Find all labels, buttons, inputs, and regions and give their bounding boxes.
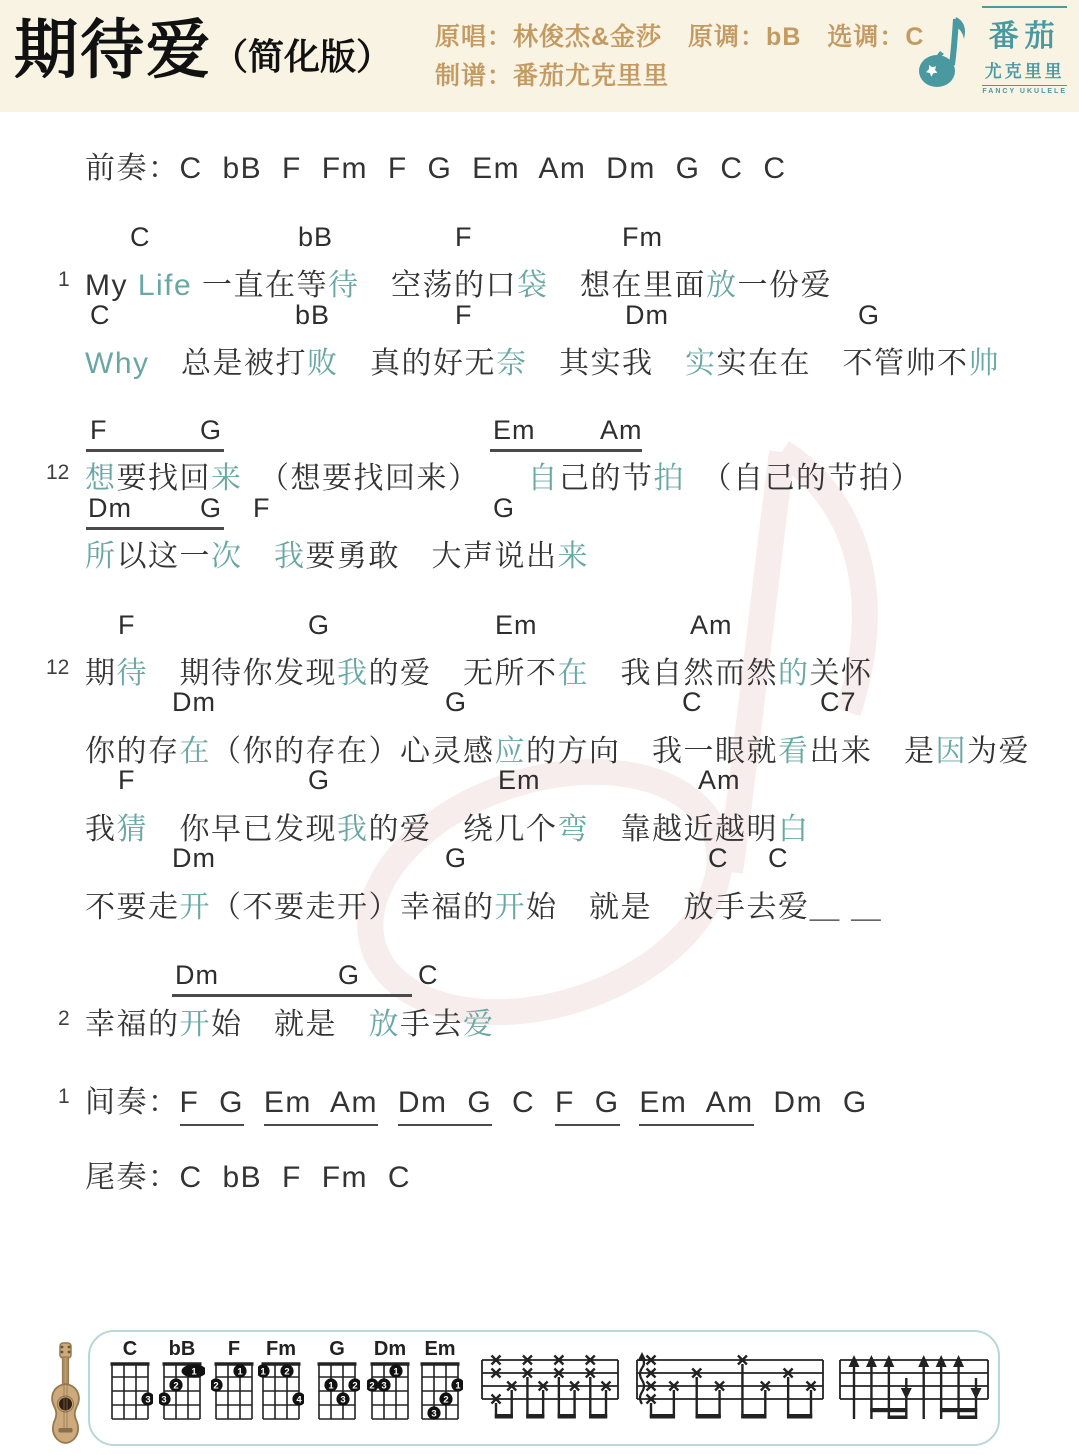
chord-symbol: G [338, 960, 360, 991]
svg-text:1: 1 [455, 1380, 461, 1391]
chord-underline [86, 449, 224, 452]
text-segment: 总是被打 [150, 347, 308, 380]
lyric-line-1: My Life 一直在等待 空荡的口袋 想在里面放一份爱 [85, 260, 832, 304]
text-segment: 期 [85, 657, 117, 690]
text-segment [620, 1086, 640, 1119]
lyric-line-6: 你的存在（你的存在）心灵感应的方向 我一眼就看出来 是因为爱 [85, 726, 1030, 770]
text-segment: 你早已发现 [148, 813, 337, 846]
chord-symbol: G [858, 300, 880, 331]
text-segment: 出来 是 [810, 735, 936, 768]
chord-underline [172, 994, 412, 997]
chord-symbol: G [308, 610, 330, 641]
chord-symbol: C [130, 222, 151, 253]
highlight-text: 我 [274, 540, 306, 573]
verse-number: 1 [58, 1085, 70, 1109]
svg-text:3: 3 [161, 1394, 166, 1405]
chord-grid: 123 [417, 1360, 463, 1424]
chord-symbol: Dm [175, 960, 219, 991]
highlight-text: 想 [85, 462, 117, 495]
text-segment: 始 就是 放手去爱＿ ＿ [526, 891, 882, 924]
chord-symbol: F [118, 765, 136, 796]
chord-diagram-label: Em [417, 1338, 463, 1360]
text-segment: 靠越近越明 [589, 813, 778, 846]
chord-diagram-Em: Em123 [417, 1338, 463, 1429]
chord-diagram-C: C3 [107, 1338, 153, 1429]
chord-grid: 123 [367, 1360, 413, 1424]
interlude-line: 间奏：F G Em Am Dm G C F G Em Am Dm G [85, 1077, 868, 1121]
highlight-text: 待 [328, 269, 360, 302]
highlight-text: 袋 [517, 269, 549, 302]
strum-pattern-svg [838, 1352, 990, 1430]
chord-symbol: C7 [820, 687, 857, 718]
chord-symbol: G [493, 493, 515, 524]
chord-symbol: Dm [172, 843, 216, 874]
text-segment: F G [555, 1086, 620, 1126]
highlight-text: 开 [180, 1008, 212, 1041]
chords-panel: C3bB123F12Fm124G123Dm123Em123 [0, 1322, 1079, 1455]
chord-symbol: bB [295, 300, 330, 331]
highlight-text: 放 [706, 269, 738, 302]
highlight-text: 开 [495, 891, 527, 924]
sheet-body: 前奏：C bB F Fm F G Em Am Dm G C CCbBFFm1My… [0, 112, 1079, 1322]
text-segment: 幸福的 [85, 1008, 180, 1041]
outro-line: 尾奏：C bB F Fm C [85, 1152, 411, 1196]
chord-symbol: F [90, 415, 108, 446]
chord-underline [490, 449, 642, 452]
text-segment: 手去 [400, 1008, 463, 1041]
svg-text:1: 1 [260, 1366, 266, 1377]
chord-grid: 124 [258, 1360, 304, 1424]
verse-number: 2 [58, 1007, 70, 1031]
chord-diagram-label: bB [159, 1338, 205, 1360]
text-segment: 空荡的口 [360, 269, 518, 302]
chord-sheet-page: 期待爱 （简化版） 原唱：林俊杰&金莎 原调：bB 选调：C 制谱：番茄尤克里里… [0, 0, 1079, 1455]
text-segment: 不要走 [85, 891, 180, 924]
picking-pattern-2-svg [635, 1352, 825, 1430]
highlight-text: Life [138, 269, 192, 302]
chord-diagram-F: F12 [211, 1338, 257, 1429]
lyric-line-5: 期待 期待你发现我的爱 无所不在 我自然而然的关怀 [85, 648, 873, 692]
chord-diagram-label: G [314, 1338, 360, 1360]
highlight-text: 弯 [558, 813, 590, 846]
highlight-text: 实 [685, 347, 717, 380]
svg-text:4: 4 [296, 1394, 302, 1405]
chord-grid: 123 [159, 1360, 205, 1424]
chord-symbol: Em [495, 610, 538, 641]
chord-symbol: Em [493, 415, 536, 446]
highlight-text: 的 [778, 657, 810, 690]
text-segment: （你的存在）心灵感 [211, 735, 495, 768]
chord-symbol: Em [498, 765, 541, 796]
chord-grid: 3 [107, 1360, 153, 1424]
text-segment: 前奏： [85, 152, 180, 185]
svg-text:3: 3 [145, 1394, 150, 1405]
chord-symbol: C [708, 843, 729, 874]
chord-symbol: G [200, 415, 222, 446]
text-segment: 一份爱 [738, 269, 833, 302]
chord-symbol: Am [698, 765, 741, 796]
svg-text:2: 2 [284, 1366, 289, 1377]
svg-text:3: 3 [431, 1408, 436, 1419]
highlight-text: 奈 [496, 347, 528, 380]
chord-symbol: G [200, 493, 222, 524]
text-segment: F G [180, 1086, 245, 1126]
text-segment: 己的节 [559, 462, 654, 495]
lyric-line-9: 幸福的开始 就是 放手去爱 [85, 999, 495, 1043]
text-segment: （不要走开）幸福的 [211, 891, 495, 924]
highlight-text: 放 [369, 1008, 401, 1041]
highlight-text: 次 [211, 540, 243, 573]
highlight-text: 在 [558, 657, 590, 690]
text-segment: Em Am [639, 1086, 753, 1126]
text-segment: 期待你发现 [148, 657, 337, 690]
ukulele-icon [44, 1342, 86, 1446]
chord-symbol: Dm [172, 687, 216, 718]
text-segment: 的爱 绕几个 [369, 813, 558, 846]
text-segment: Em Am [264, 1086, 378, 1126]
text-segment: My [85, 269, 138, 302]
lyric-line-3: 想要找回来 （想要找回来） 自己的节拍 （自己的节拍） [85, 453, 922, 497]
lyric-line-2: Why 总是被打败 真的好无奈 其实我 实实在在 不管帅不帅 [85, 338, 1000, 382]
text-segment: 我自然而然 [589, 657, 778, 690]
highlight-text: 白 [778, 813, 810, 846]
text-segment [244, 1086, 264, 1119]
text-segment: 始 就是 [211, 1008, 369, 1041]
chord-symbol: C [682, 687, 703, 718]
chord-diagram-label: Dm [367, 1338, 413, 1360]
picking-pattern-1-svg [480, 1352, 620, 1430]
text-segment: C [492, 1086, 555, 1119]
chords-box: C3bB123F12Fm124G123Dm123Em123 [88, 1330, 1000, 1446]
lyric-line-4: 所以这一次 我要勇敢 大声说出来 [85, 531, 589, 575]
svg-text:1: 1 [393, 1366, 399, 1377]
lyric-line-8: 不要走开（不要走开）幸福的开始 就是 放手去爱＿ ＿ [85, 882, 882, 926]
chord-symbol: F [118, 610, 136, 641]
highlight-text: 应 [495, 735, 527, 768]
chord-diagram-label: Fm [258, 1338, 304, 1360]
chord-symbol: F [253, 493, 271, 524]
chord-symbol: C [768, 843, 789, 874]
text-segment: 实在在 不管帅不 [717, 347, 969, 380]
text-segment: 为爱 [967, 735, 1030, 768]
chord-diagram-Fm: Fm124 [258, 1338, 304, 1429]
chord-symbol: F [455, 300, 473, 331]
lyric-line-7: 我猜 你早已发现我的爱 绕几个弯 靠越近越明白 [85, 804, 810, 848]
highlight-text: 拍 [654, 462, 686, 495]
intro-line: 前奏：C bB F Fm F G Em Am Dm G C C [85, 143, 787, 187]
text-segment: （自己的节拍） [685, 462, 922, 495]
chord-symbol: G [308, 765, 330, 796]
chord-symbol: Fm [622, 222, 663, 253]
text-segment: 想在里面 [549, 269, 707, 302]
text-segment: Dm G [398, 1086, 492, 1126]
verse-number: 1 [58, 268, 70, 292]
chord-diagram-Dm: Dm123 [367, 1338, 413, 1429]
verse-number: 12 [46, 656, 69, 680]
text-segment: 以这一 [117, 540, 212, 573]
text-segment: 间奏： [85, 1086, 180, 1119]
highlight-text: 在 [180, 735, 212, 768]
svg-text:1: 1 [237, 1366, 243, 1377]
text-segment: 你的存 [85, 735, 180, 768]
chord-diagram-label: F [211, 1338, 257, 1360]
chord-symbol: Am [600, 415, 643, 446]
highlight-text: 我 [337, 813, 369, 846]
highlight-text: 猜 [117, 813, 149, 846]
chord-symbol: bB [298, 222, 333, 253]
chord-underline [86, 527, 224, 530]
chord-symbol: F [455, 222, 473, 253]
svg-text:3: 3 [381, 1380, 386, 1391]
svg-text:2: 2 [369, 1380, 374, 1391]
chord-symbol: Dm [88, 493, 132, 524]
highlight-text: 爱 [463, 1008, 495, 1041]
svg-text:2: 2 [173, 1380, 178, 1391]
text-segment: 真的好无 [339, 347, 497, 380]
text-segment: 尾奏： [85, 1161, 180, 1194]
text-segment: Dm G [754, 1086, 868, 1119]
chord-grid: 12 [211, 1360, 257, 1424]
chord-symbol: Am [690, 610, 733, 641]
svg-text:1: 1 [191, 1366, 197, 1377]
chord-diagram-label: C [107, 1338, 153, 1360]
chord-grid: 123 [314, 1360, 360, 1424]
text-segment: 要找回 [117, 462, 212, 495]
strum-pattern [838, 1352, 990, 1435]
text-segment: （想要找回来） [243, 462, 528, 495]
chord-diagram-bB: bB123 [159, 1338, 205, 1429]
chord-symbol: G [445, 687, 467, 718]
text-segment: C bB F Fm C [180, 1161, 412, 1194]
highlight-text: 所 [85, 540, 117, 573]
svg-text:2: 2 [352, 1380, 357, 1391]
chord-diagram-G: G123 [314, 1338, 360, 1429]
highlight-text: 来 [558, 540, 590, 573]
text-segment: 我 [85, 813, 117, 846]
highlight-text: 看 [778, 735, 810, 768]
highlight-text: 因 [936, 735, 968, 768]
highlight-text: 帅 [969, 347, 1001, 380]
highlight-text: 待 [117, 657, 149, 690]
sheet-lines: 前奏：C bB F Fm F G Em Am Dm G C CCbBFFm1My… [0, 0, 1079, 1322]
svg-text:1: 1 [328, 1380, 334, 1391]
highlight-text: 开 [180, 891, 212, 924]
svg-text:2: 2 [443, 1394, 448, 1405]
text-segment: 其实我 [528, 347, 686, 380]
highlight-text: 我 [337, 657, 369, 690]
picking-pattern-2 [635, 1352, 825, 1435]
text-segment: 的方向 我一眼就 [526, 735, 778, 768]
text-segment [243, 540, 275, 573]
highlight-text: 败 [307, 347, 339, 380]
text-segment: 要勇敢 大声说出 [306, 540, 558, 573]
highlight-text: 自 [528, 462, 560, 495]
text-segment: C bB F Fm F G Em Am Dm G C C [180, 152, 787, 185]
highlight-text: 来 [211, 462, 243, 495]
svg-text:2: 2 [213, 1380, 218, 1391]
chord-symbol: C [418, 960, 439, 991]
chord-symbol: C [90, 300, 111, 331]
svg-text:3: 3 [340, 1394, 345, 1405]
picking-pattern-1 [480, 1352, 620, 1435]
text-segment: 关怀 [810, 657, 873, 690]
verse-number: 12 [46, 461, 69, 485]
highlight-text: Why [85, 347, 150, 380]
text-segment: 一直在等 [192, 269, 328, 302]
chord-symbol: G [445, 843, 467, 874]
text-segment: 的爱 无所不 [369, 657, 558, 690]
chord-symbol: Dm [625, 300, 669, 331]
text-segment [378, 1086, 398, 1119]
